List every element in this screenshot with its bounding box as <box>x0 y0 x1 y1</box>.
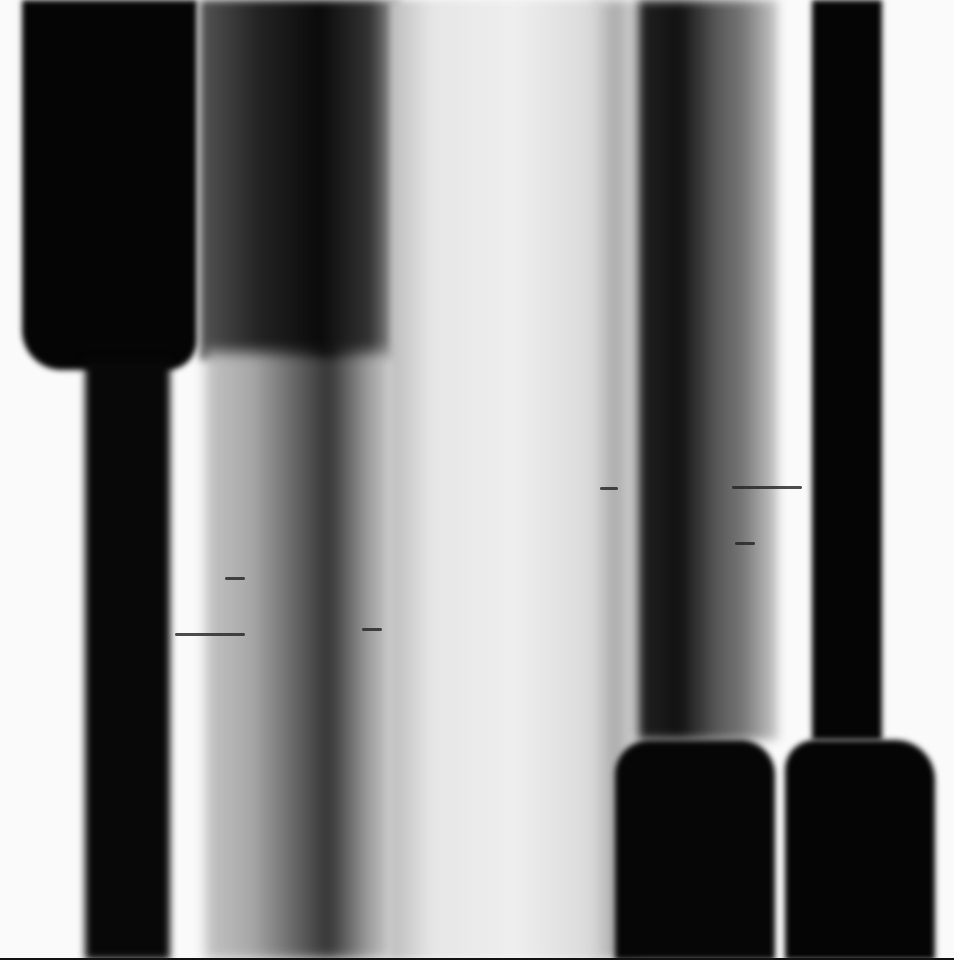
band-5 <box>638 0 778 740</box>
band-1-lower <box>85 360 170 960</box>
streak <box>735 542 755 545</box>
band-1 <box>22 0 197 370</box>
band-2-lower <box>205 350 395 960</box>
streak <box>362 628 382 631</box>
band-3-light <box>390 0 600 960</box>
band-5-bottom <box>615 740 775 960</box>
band-6-bottom <box>785 740 935 960</box>
streak <box>225 577 245 580</box>
streak <box>600 487 618 490</box>
streak <box>175 633 245 636</box>
streak <box>732 486 802 489</box>
band-2 <box>200 0 400 360</box>
band-6 <box>812 0 882 740</box>
scan-image <box>0 0 954 960</box>
